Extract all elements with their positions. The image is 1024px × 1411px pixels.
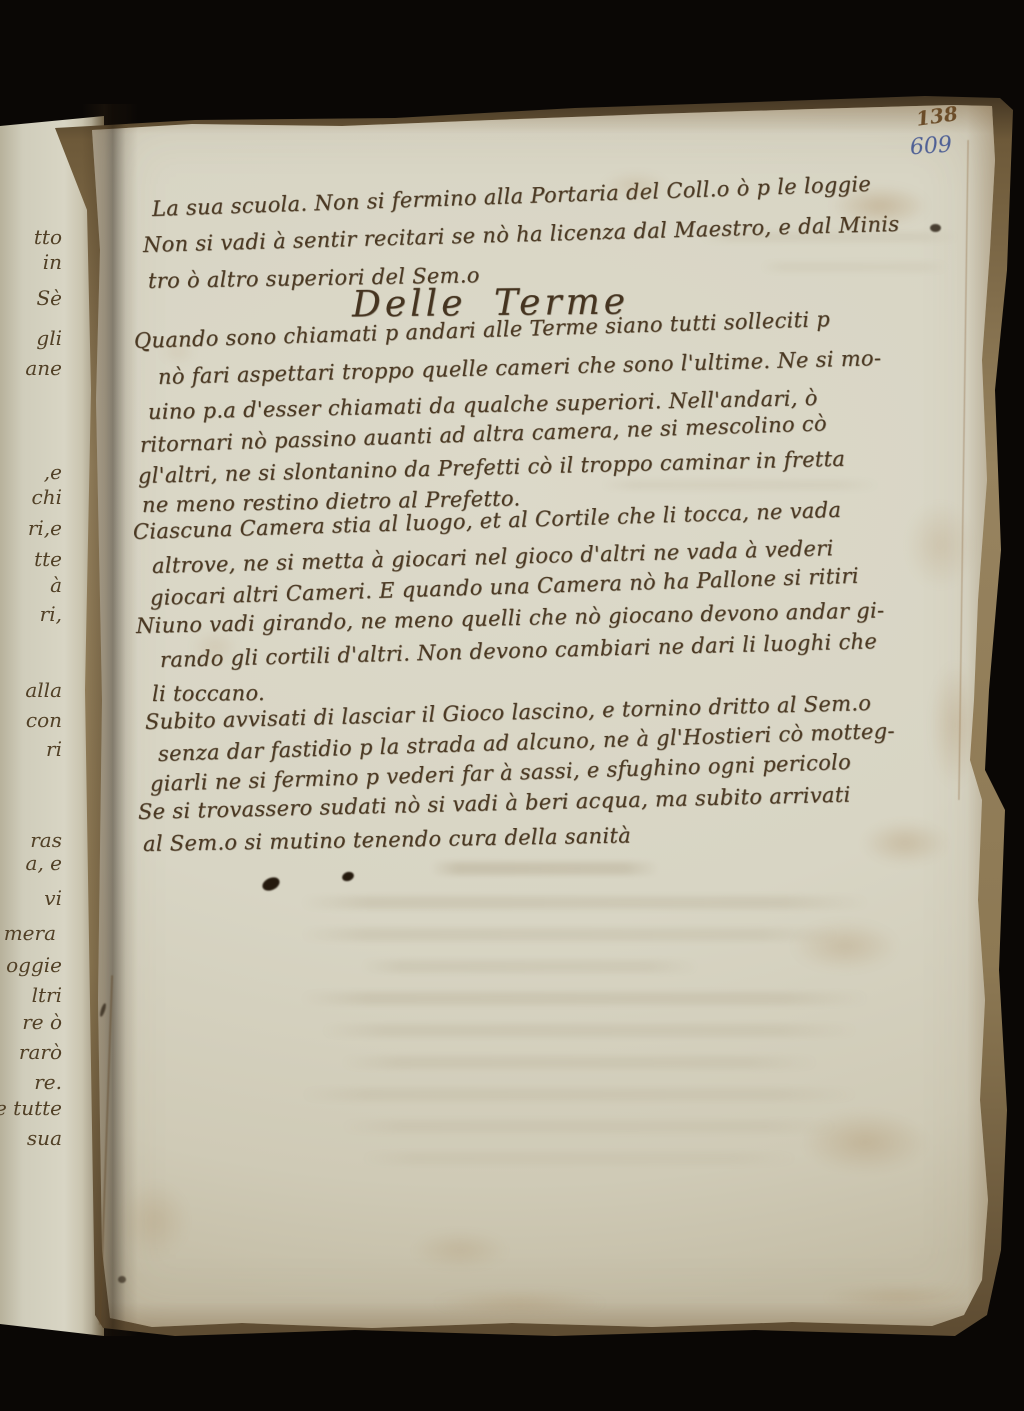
ghost-text-line	[340, 1056, 820, 1069]
facing-fragment: re ò	[0, 1010, 62, 1034]
ink-blot	[930, 224, 941, 232]
facing-fragment: rarò	[0, 1040, 62, 1064]
manuscript-line: li toccano.	[152, 682, 265, 706]
ghost-text-line	[600, 480, 880, 490]
facing-fragment: ane	[0, 356, 62, 380]
stain-spot	[800, 1110, 930, 1174]
stain-spot	[120, 1180, 190, 1260]
stain-spot	[860, 820, 950, 866]
ghost-text-line	[760, 262, 950, 272]
facing-fragment: ri,	[0, 602, 62, 626]
ghost-text-line	[360, 960, 700, 973]
stain-spot	[430, 1290, 610, 1316]
facing-fragment: vi	[0, 886, 62, 910]
facing-fragment: a, e	[0, 851, 62, 875]
gutter-shadow	[82, 104, 138, 1336]
facing-fragment: in	[0, 250, 62, 274]
facing-fragment: chi	[0, 485, 62, 509]
facing-fragment: mera	[0, 921, 56, 945]
stain-spot	[790, 920, 900, 972]
manuscript-photo: 138 609 La sua scuola. Non si fermino al…	[0, 0, 1024, 1411]
stain-spot	[905, 500, 975, 590]
ghost-text-line	[340, 1120, 840, 1133]
ghost-text-line	[300, 928, 840, 941]
facing-fragment: lle tutte	[0, 1096, 62, 1120]
facing-fragment: ri,e	[0, 516, 62, 540]
stain-spot	[830, 185, 930, 227]
facing-fragment: ltri	[0, 983, 62, 1007]
facing-fragment: oggie	[0, 953, 62, 977]
facing-fragment: tto	[0, 225, 62, 249]
ghost-text-line	[300, 896, 870, 909]
stain-spot	[190, 630, 240, 664]
stain-spot	[930, 660, 980, 790]
archive-number: 609	[909, 133, 953, 161]
ghost-text-line	[700, 232, 960, 242]
ink-blot	[118, 1276, 126, 1283]
stain-spot	[410, 1230, 510, 1270]
ghost-text-line	[300, 1088, 860, 1101]
ghost-text-line	[430, 862, 660, 875]
stain-spot	[600, 172, 670, 198]
facing-fragment: gli	[0, 326, 62, 350]
facing-fragment: Sè	[0, 286, 62, 310]
facing-fragment: ras	[0, 828, 62, 852]
facing-fragment: ,e	[0, 460, 62, 484]
facing-fragment: con	[0, 708, 62, 732]
ghost-text-line	[320, 1024, 860, 1037]
stain-spot	[820, 1285, 980, 1309]
facing-fragment: sua	[0, 1126, 62, 1150]
facing-fragment: ri	[0, 737, 62, 761]
facing-fragment: à	[0, 573, 62, 597]
ghost-text-line	[360, 1152, 800, 1165]
facing-fragment: re.	[0, 1070, 62, 1094]
facing-fragment: tte	[0, 547, 62, 571]
ghost-text-line	[300, 992, 870, 1005]
facing-fragment: alla	[0, 678, 62, 702]
stain-spot	[160, 340, 196, 364]
